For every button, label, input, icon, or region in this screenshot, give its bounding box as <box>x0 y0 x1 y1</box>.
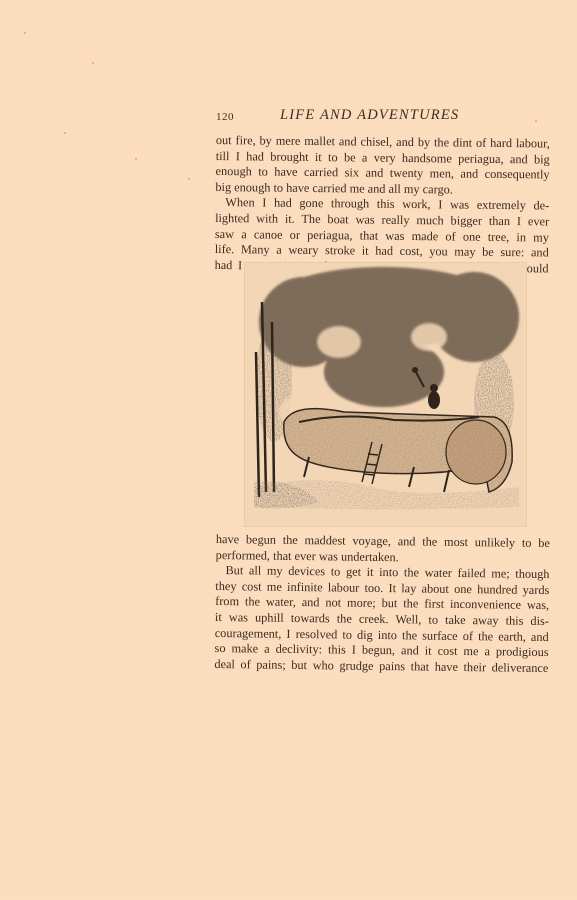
illustration-plate <box>244 262 527 527</box>
canoe-engraving <box>244 262 527 527</box>
paper-speck <box>535 120 537 122</box>
page-number: 120 <box>216 111 234 123</box>
paper-speck <box>64 132 66 134</box>
running-title: LIFE AND ADVENTURES <box>280 107 459 124</box>
text-block-top: out fire, by mere mallet and chisel, and… <box>215 133 550 277</box>
paragraph: out fire, by mere mallet and chisel, and… <box>215 133 550 199</box>
paragraph: have begun the maddest voyage, and the m… <box>216 532 550 567</box>
paper-speck <box>135 158 137 160</box>
paragraph: But all my devices to get it into the wa… <box>214 563 549 676</box>
paper-speck <box>188 178 190 180</box>
page-header: 120 LIFE AND ADVENTURES <box>216 106 546 128</box>
paper-speck <box>24 32 26 34</box>
book-page: 120 LIFE AND ADVENTURES out fire, by mer… <box>0 0 577 900</box>
paper-speck <box>92 62 94 64</box>
text-line: deal of pains; but who grudge pains that… <box>214 657 548 677</box>
text-block-bottom: have begun the maddest voyage, and the m… <box>214 532 550 676</box>
